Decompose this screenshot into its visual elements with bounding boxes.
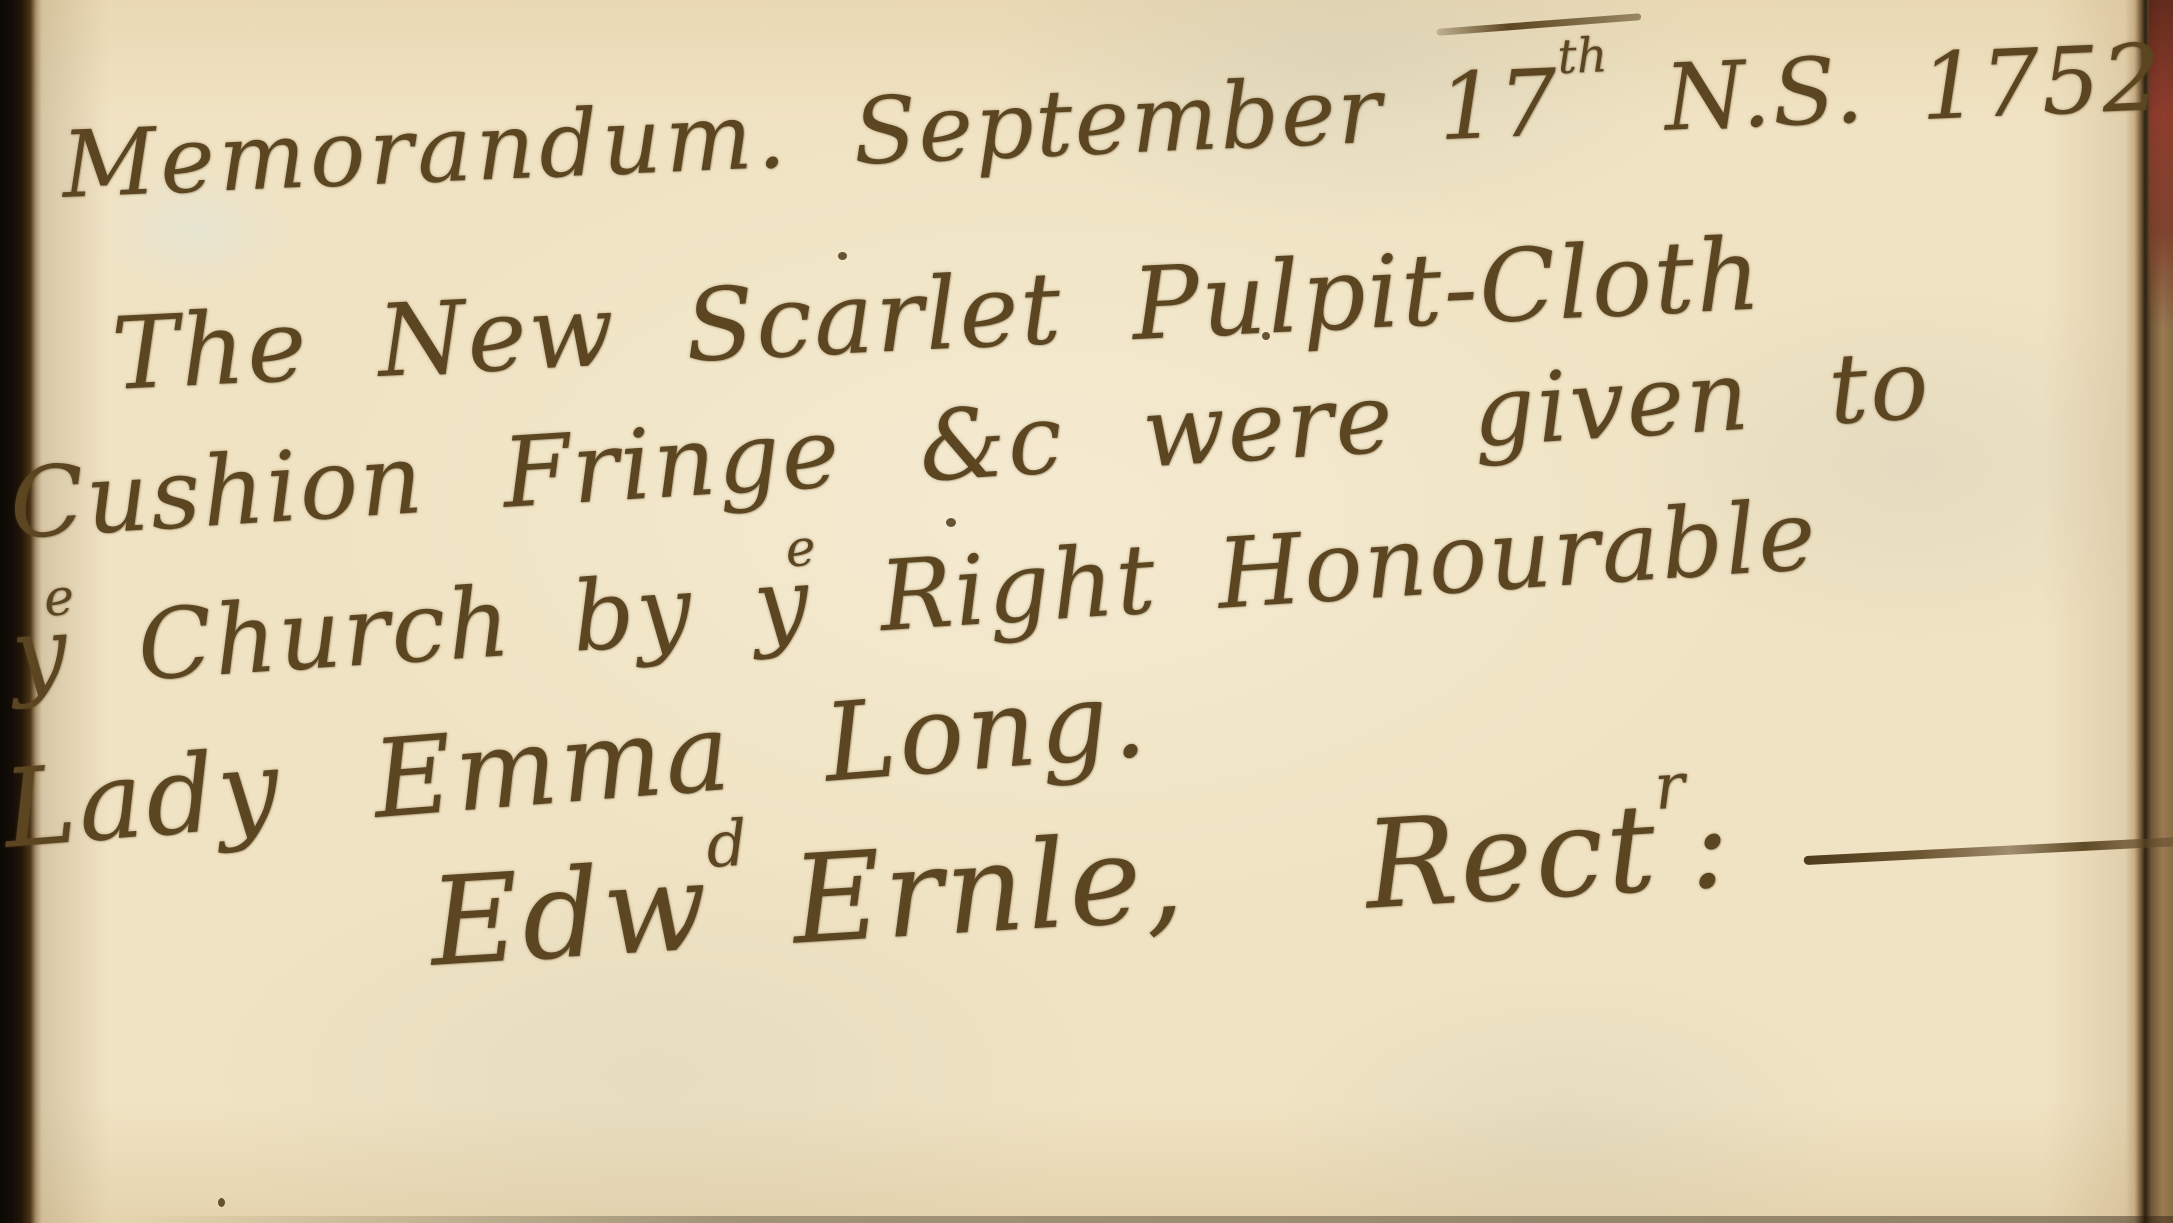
- date-day: 17: [1436, 49, 1561, 161]
- ye-sup-2: e: [784, 518, 818, 579]
- signature-office: Rectr:: [1361, 772, 1737, 936]
- signature-name: Edwd Ernle,: [426, 806, 1190, 994]
- memorandum-heading: Memorandum.: [60, 82, 792, 219]
- signature-office-sup: r: [1652, 748, 1687, 824]
- ink-speck: [946, 518, 956, 527]
- body-line-3-end: Right Honourable: [876, 478, 1821, 653]
- signature-surname: Ernle,: [788, 806, 1190, 972]
- signature-forename-sup: d: [704, 806, 749, 882]
- body-line-3-mid: Church by: [134, 553, 696, 703]
- ye-abbreviation-1: ye: [8, 594, 81, 711]
- ink-speck: [838, 252, 847, 260]
- signature-forename: Edw: [426, 835, 715, 994]
- signature-office-text: Rect: [1361, 777, 1663, 937]
- ye-abbreviation-2: ye: [750, 545, 823, 662]
- ink-rule: [1803, 837, 2173, 865]
- date-year: 1752: [1918, 24, 2164, 141]
- ye-sup-1: e: [42, 567, 76, 628]
- ink-speck: [1262, 332, 1270, 340]
- date-ordinal: th: [1556, 28, 1608, 85]
- memorandum-date-line: Memorandum.September 17th N.S. 1752: [60, 24, 2165, 219]
- date-calendar-style: N.S.: [1662, 36, 1867, 151]
- date: September 17th N.S. 1752: [851, 24, 2165, 186]
- ink-speck: [218, 1198, 225, 1207]
- date-month: September: [851, 57, 1385, 186]
- manuscript-page: Memorandum.September 17th N.S. 1752 The …: [0, 0, 2173, 1223]
- page-edge-bottom: [120, 1216, 2173, 1223]
- signature-office-colon: :: [1684, 772, 1737, 916]
